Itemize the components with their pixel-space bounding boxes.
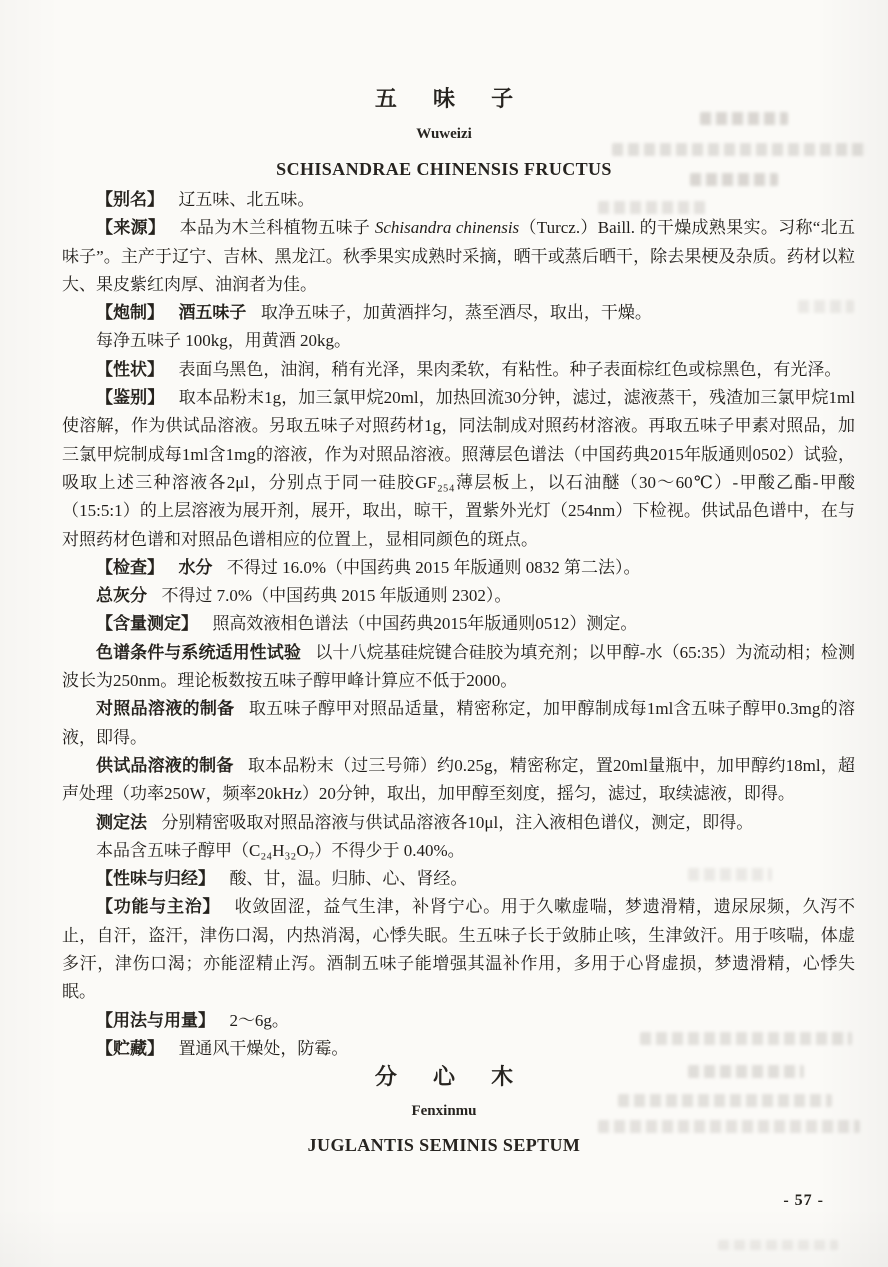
scanned-book-page: 五 味 子 Wuweizi SCHISANDRAE CHINENSIS FRUC…: [0, 0, 888, 1267]
section-assay-test-solution: 供试品溶液的制备取本品粉末（过三号筛）约0.25g，精密称定，置20ml量瓶中，…: [62, 752, 855, 809]
monograph-body: 【别名】辽五味、北五味。 【来源】本品为木兰科植物五味子 Schisandra …: [62, 186, 855, 1063]
monograph-title-chinese: 五 味 子: [0, 82, 888, 113]
section-functions-indications: 【功能与主治】收敛固涩，益气生津，补肾宁心。用于久嗽虚喘，梦遗滑精，遗尿尿频，久…: [62, 893, 855, 1006]
next-monograph-title-chinese: 分 心 木: [0, 1060, 888, 1091]
bleed-through-artifact: [598, 1120, 860, 1133]
next-monograph-title-pinyin: Fenxinmu: [0, 1103, 888, 1120]
section-assay: 【含量测定】照高效液相色谱法（中国药典2015年版通则0512）测定。: [62, 610, 855, 638]
page-number: - 57 -: [783, 1192, 824, 1210]
section-assay-reference-solution: 对照品溶液的制备取五味子醇甲对照品适量，精密称定，加甲醇制成每1ml含五味子醇甲…: [62, 695, 855, 752]
monograph-title-latin: SCHISANDRAE CHINENSIS FRUCTUS: [0, 159, 888, 180]
bleed-through-artifact: [700, 112, 788, 125]
section-property-meridian: 【性味与归经】酸、甘，温。归肺、心、肾经。: [62, 865, 855, 893]
section-description: 【性状】表面乌黑色，油润，稍有光泽，果肉柔软，有粘性。种子表面棕红色或棕黑色，有…: [62, 356, 855, 384]
section-examination-moisture: 【检查】水分不得过 16.0%（中国药典 2015 年版通则 0832 第二法）…: [62, 554, 855, 582]
bleed-through-artifact: [612, 143, 867, 156]
section-identification: 【鉴别】取本品粉末1g，加三氯甲烷20ml，加热回流30分钟，滤过，滤液蒸干，残…: [62, 384, 855, 554]
bleed-through-artifact: [718, 1240, 838, 1250]
section-source: 【来源】本品为木兰科植物五味子 Schisandra chinensis（Tur…: [62, 214, 855, 299]
section-processing: 【炮制】酒五味子取净五味子，加黄酒拌匀，蒸至酒尽，取出，干燥。: [62, 299, 855, 327]
section-examination-ash: 总灰分不得过 7.0%（中国药典 2015 年版通则 2302）。: [62, 582, 855, 610]
section-assay-procedure: 测定法分别精密吸取对照品溶液与供试品溶液各10μl，注入液相色谱仪，测定，即得。: [62, 809, 855, 837]
section-storage: 【贮藏】置通风干燥处，防霉。: [62, 1035, 855, 1063]
section-processing-ratio: 每净五味子 100kg，用黄酒 20kg。: [62, 327, 855, 355]
section-alias: 【别名】辽五味、北五味。: [62, 186, 855, 214]
next-monograph-title-latin: JUGLANTIS SEMINIS SEPTUM: [0, 1135, 888, 1156]
section-dosage: 【用法与用量】2～6g。: [62, 1007, 855, 1035]
section-assay-limit: 本品含五味子醇甲（C₂₄H₃₂O₇）不得少于 0.40%。: [62, 837, 855, 865]
section-assay-conditions: 色谱条件与系统适用性试验以十八烷基硅烷键合硅胶为填充剂；以甲醇-水（65:35）…: [62, 639, 855, 696]
monograph-title-pinyin: Wuweizi: [0, 126, 888, 143]
